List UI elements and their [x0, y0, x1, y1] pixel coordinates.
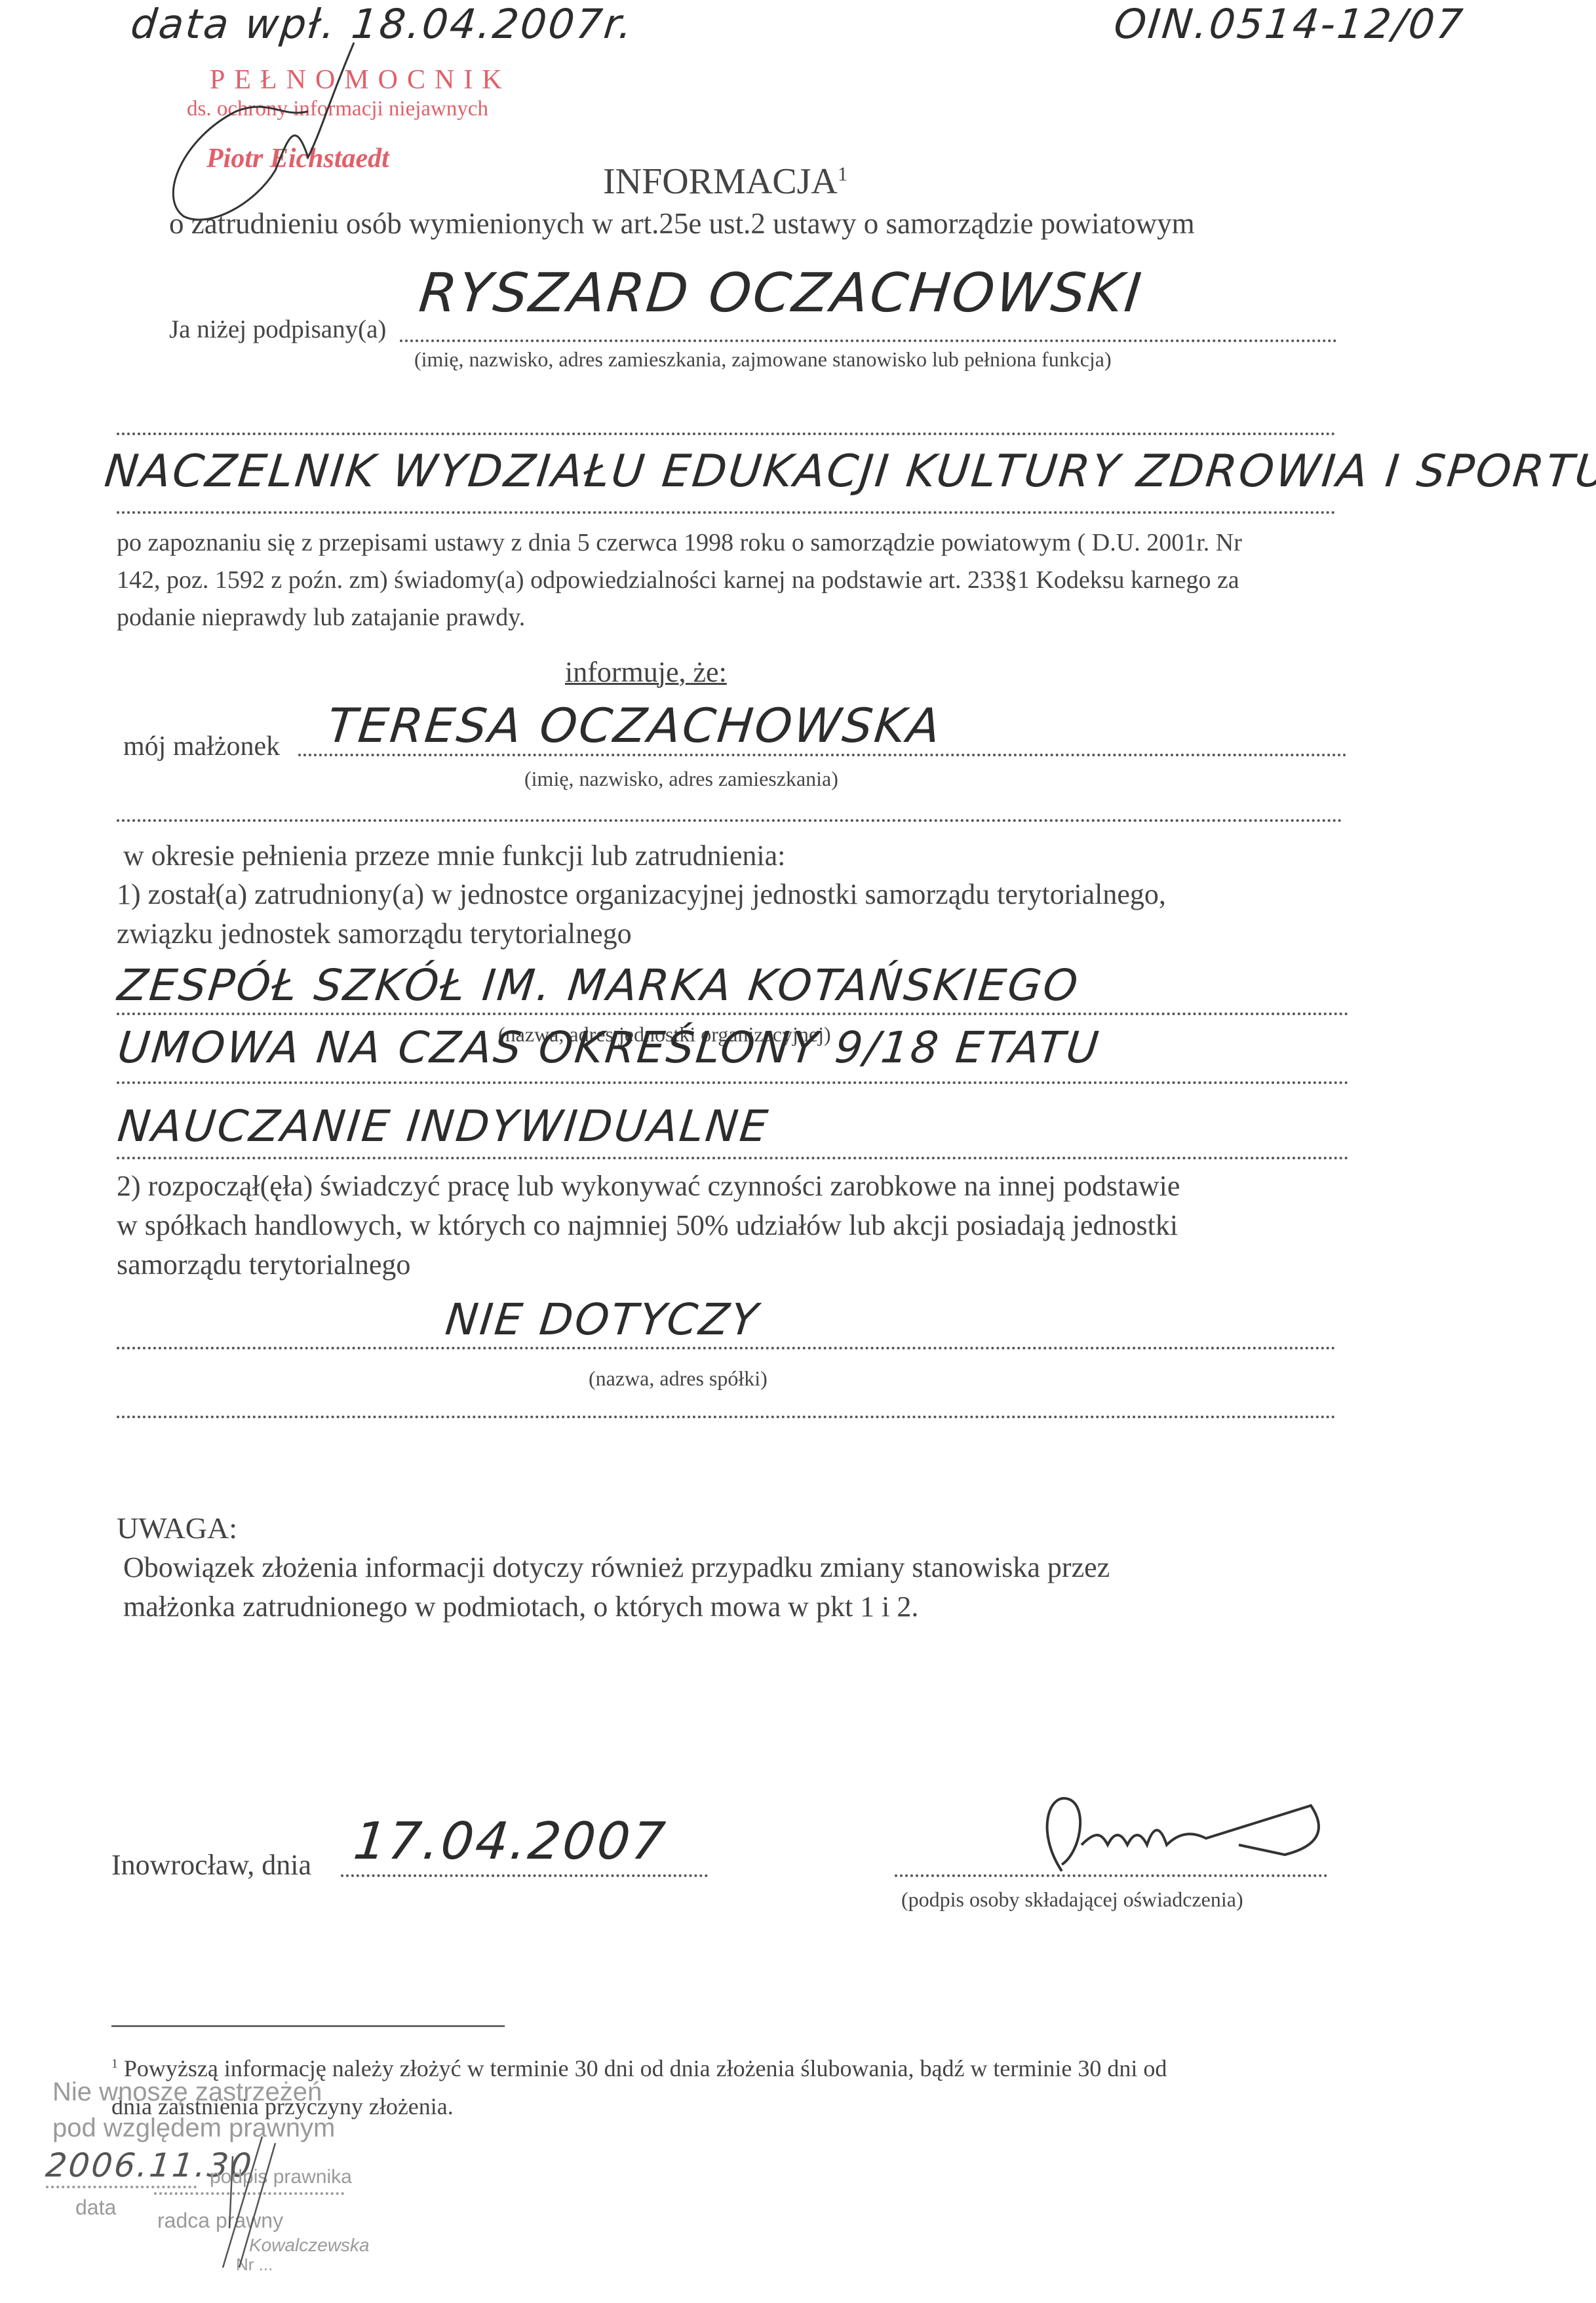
- document-title: INFORMACJA1: [603, 161, 847, 203]
- note-text: Obowiązek złożenia informacji dotyczy ró…: [123, 1548, 1110, 1627]
- legal-stamp-line2: pod względem prawnym: [52, 2114, 335, 2143]
- legal-stamp-signature-icon: [210, 2130, 288, 2274]
- point1-answer-line3: NAUCZANIE INDYWIDUALNE: [115, 1101, 772, 1151]
- legal-stamp-date-label: data: [75, 2196, 116, 2220]
- legal-stamp-date-line: [46, 2186, 197, 2188]
- declarant-name: RYSZARD OCZACHOWSKI: [416, 262, 1146, 324]
- signed-date: 17.04.2007: [351, 1812, 669, 1871]
- reference-number: OIN.0514-12/07: [1112, 0, 1467, 48]
- legal-paragraph: po zapoznaniu się z przepisami ustawy z …: [117, 524, 1242, 636]
- point1-line2: [117, 1081, 1349, 1084]
- spouse-line: [298, 754, 1347, 756]
- point2-line1: [117, 1347, 1336, 1349]
- footnote-separator: [111, 2025, 505, 2027]
- point2-answer: NIE DOTYCZY: [443, 1294, 762, 1345]
- point2-hint: (nazwa, adres spółki): [589, 1366, 768, 1391]
- informs-heading: informuje, że:: [565, 655, 727, 689]
- point2-text: 2) rozpoczął(ęła) świadczyć pracę lub wy…: [117, 1167, 1180, 1285]
- signature-icon: [1022, 1792, 1468, 1878]
- spouse-label: mój małżonek: [123, 731, 280, 762]
- declarant-label: Ja niżej podpisany(a): [169, 315, 386, 344]
- document-subtitle: o zatrudnieniu osób wymienionych w art.2…: [169, 206, 1195, 241]
- stamp-signature-icon: [157, 39, 393, 229]
- declarant-hint: (imię, nazwisko, adres zamieszkania, zaj…: [414, 347, 1112, 372]
- declarant-position: NACZELNIK WYDZIAŁU EDUKACJI KULTURY ZDRO…: [102, 446, 1596, 497]
- point1-line1: [117, 1013, 1349, 1015]
- spouse-address-line: [117, 819, 1342, 822]
- spouse-hint: (imię, nazwisko, adres zamieszkania): [524, 767, 838, 791]
- declarant-line: [400, 339, 1337, 342]
- position-top-line: [117, 433, 1336, 435]
- note-heading: UWAGA:: [117, 1511, 237, 1545]
- point2-line2: [117, 1416, 1336, 1418]
- position-bottom-line: [117, 511, 1336, 514]
- point1-answer-line2: UMOWA NA CZAS OKREŚLONY 9/18 ETATU: [115, 1022, 1102, 1073]
- place-label: Inowrocław, dnia: [111, 1848, 311, 1882]
- date-line: [341, 1874, 708, 1877]
- point1-line3: [117, 1157, 1349, 1159]
- spouse-name: TERESA OCZACHOWSKA: [325, 698, 945, 753]
- legal-stamp-line1: Nie wnoszę zastrzeżeń: [52, 2078, 322, 2107]
- signature-line: [895, 1874, 1327, 1877]
- point1-text: 1) został(a) zatrudniony(a) w jednostce …: [117, 875, 1166, 954]
- signature-hint: (podpis osoby składającej oświadczenia): [901, 1887, 1243, 1912]
- point1-answer-line1: ZESPÓŁ SZKÓŁ IM. MARKA KOTAŃSKIEGO: [115, 960, 1082, 1011]
- period-intro: w okresie pełnienia przeze mnie funkcji …: [123, 839, 785, 872]
